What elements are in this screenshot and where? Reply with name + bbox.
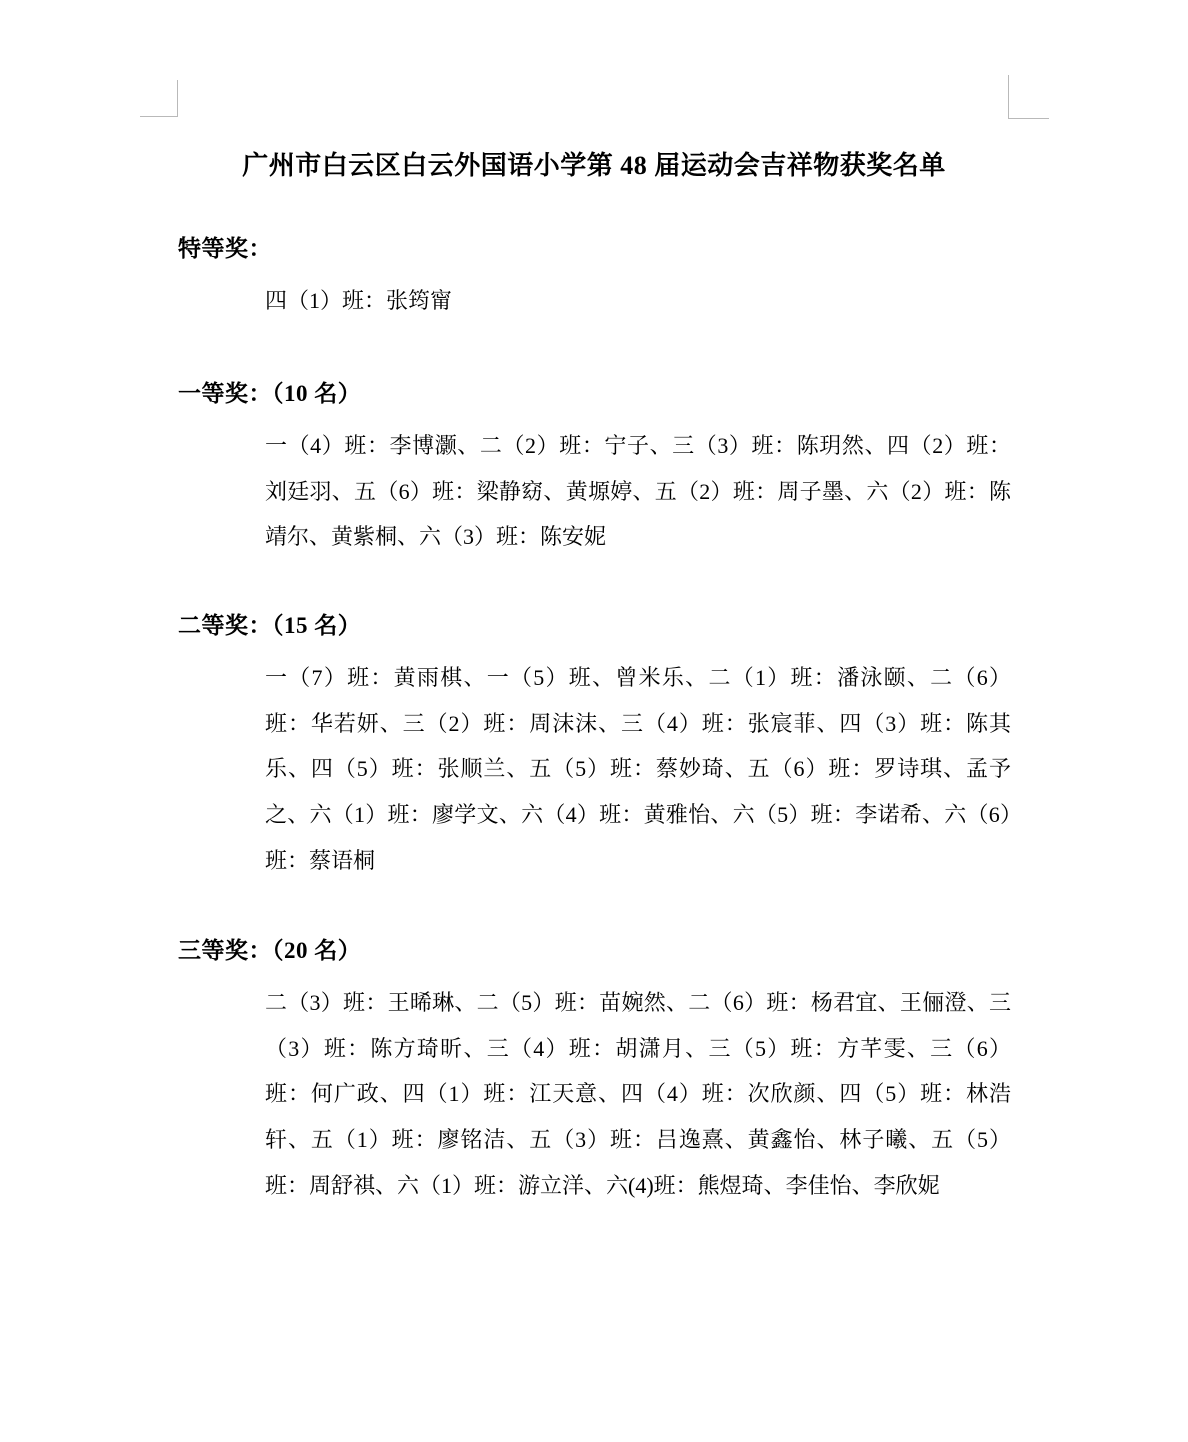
document-title: 广州市白云区白云外国语小学第 48 届运动会吉祥物获奖名单 [178,145,1010,182]
margin-crop-mark-top-right-icon [1008,75,1049,119]
award-section-special-prize: 特等奖： 四（1）班：张筠甯 [178,230,1010,263]
section-body-special-prize: 四（1）班：张筠甯 [265,278,1011,324]
award-section-second-prize: 二等奖：（15 名） 一（7）班：黄雨棋、一（5）班、曾米乐、二（1）班：潘泳颐… [178,607,1010,640]
section-heading-second-prize: 二等奖：（15 名） [178,607,1010,640]
award-section-first-prize: 一等奖：（10 名） 一（4）班：李博灏、二（2）班：宁子、三（3）班：陈玥然、… [178,375,1010,408]
section-body-first-prize: 一（4）班：李博灏、二（2）班：宁子、三（3）班：陈玥然、四（2）班：刘廷羽、五… [265,423,1011,560]
section-heading-special-prize: 特等奖： [178,230,1010,263]
award-section-third-prize: 三等奖：（20 名） 二（3）班：王晞琳、二（5）班：苗婉然、二（6）班：杨君宜… [178,932,1010,965]
section-heading-third-prize: 三等奖：（20 名） [178,932,1010,965]
section-heading-first-prize: 一等奖：（10 名） [178,375,1010,408]
section-body-second-prize: 一（7）班：黄雨棋、一（5）班、曾米乐、二（1）班：潘泳颐、二（6）班：华若妍、… [265,655,1011,884]
section-body-third-prize: 二（3）班：王晞琳、二（5）班：苗婉然、二（6）班：杨君宜、王俪澄、三（3）班：… [265,980,1011,1209]
document-page: 广州市白云区白云外国语小学第 48 届运动会吉祥物获奖名单 特等奖： 四（1）班… [0,0,1188,1442]
margin-crop-mark-top-left-icon [140,80,178,117]
